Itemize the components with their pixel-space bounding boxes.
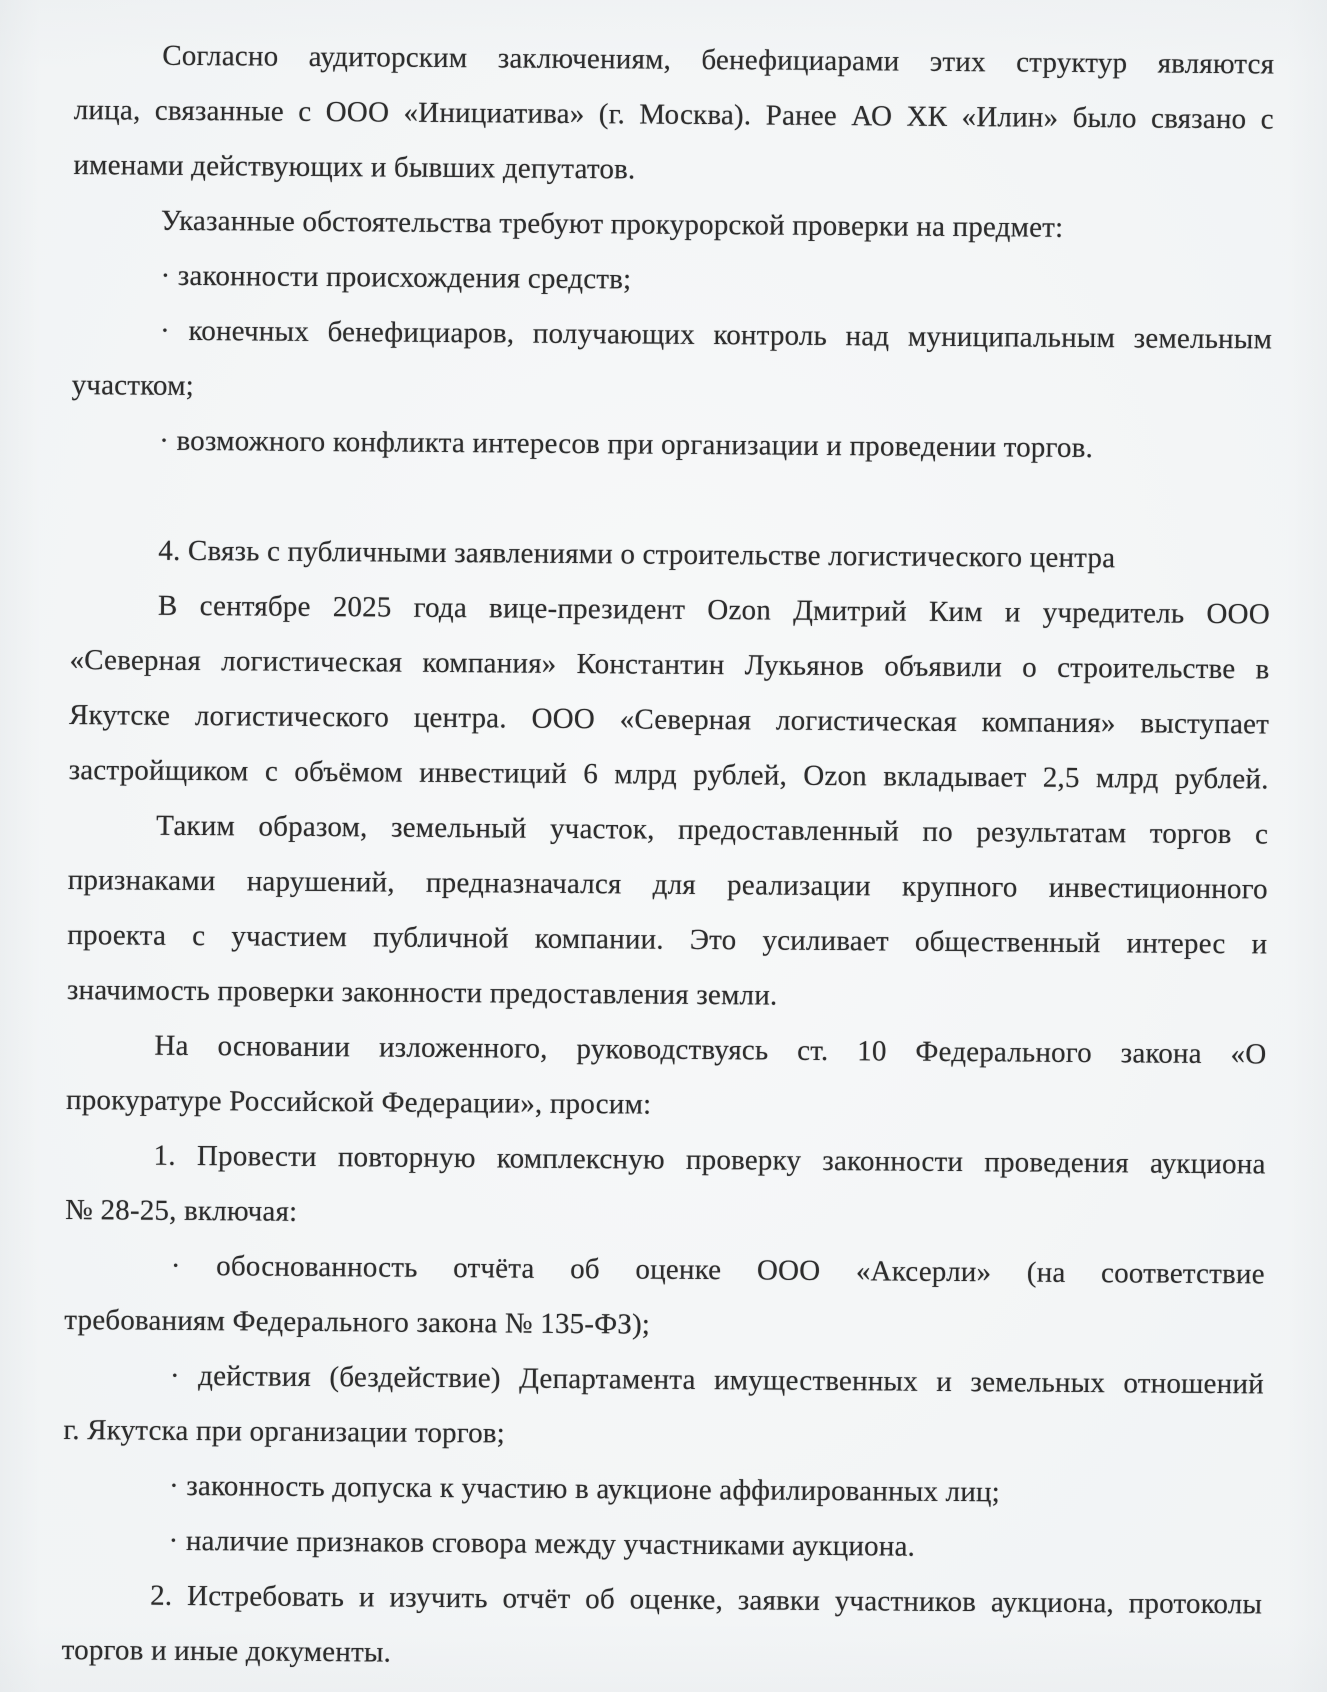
- doc-bullet-line: · действия (бездействие) Департамента им…: [64, 1348, 1264, 1412]
- doc-bullet-line: · наличие признаков сговора между участн…: [62, 1513, 1262, 1577]
- doc-line: На основании изложенного, руководствуясь…: [66, 1018, 1266, 1082]
- doc-bullet-line: · обоснованность отчёта об оценке ООО «А…: [65, 1238, 1265, 1302]
- doc-line: Якутске логистического центра. ООО «Севе…: [69, 688, 1269, 752]
- doc-line: лица, связанные с ООО «Инициатива» (г. М…: [74, 83, 1274, 147]
- doc-line: именами действующих и бывших депутатов.: [73, 138, 1273, 202]
- doc-bullet-line: · законности происхождения средств;: [72, 248, 1272, 312]
- doc-line: признаками нарушений, предназначался для…: [68, 853, 1268, 917]
- doc-line: прокуратуре Российской Федерации», проси…: [66, 1073, 1266, 1137]
- doc-numbered-item-line: 1. Провести повторную комплексную провер…: [65, 1128, 1265, 1192]
- doc-line: торгов и иные документы.: [62, 1623, 1262, 1687]
- scanned-document-page: { "doc": { "paper_color": "#f3f5f6", "in…: [0, 0, 1327, 1692]
- section-heading-line: 4. Связь с публичными заявлениями о стро…: [70, 523, 1270, 587]
- doc-line: В сентябре 2025 года вице-президент Ozon…: [70, 578, 1270, 642]
- doc-bullet-line: · возможного конфликта интересов при орг…: [71, 413, 1271, 477]
- doc-line: участком;: [71, 358, 1271, 422]
- doc-line: Указанные обстоятельства требуют прокуро…: [73, 193, 1273, 257]
- document-text-block: Согласно аудиторским заключениям, бенефи…: [62, 28, 1275, 1687]
- doc-line: Согласно аудиторским заключениям, бенефи…: [74, 28, 1274, 92]
- doc-line: Таким образом, земельный участок, предос…: [68, 798, 1268, 862]
- doc-line: требованиям Федерального закона № 135-ФЗ…: [64, 1293, 1264, 1357]
- doc-line: «Северная логистическая компания» Конста…: [69, 633, 1269, 697]
- doc-line: проекта с участием публичной компании. Э…: [67, 908, 1267, 972]
- doc-line: № 28-25, включая:: [65, 1183, 1265, 1247]
- doc-line: застройщиком с объёмом инвестиций 6 млрд…: [68, 743, 1268, 807]
- doc-numbered-item-line: 2. Истребовать и изучить отчёт об оценке…: [62, 1568, 1262, 1632]
- doc-bullet-line: · законность допуска к участию в аукцион…: [63, 1458, 1263, 1522]
- doc-bullet-line: · конечных бенефициаров, получающих конт…: [72, 303, 1272, 367]
- doc-line: значимость проверки законности предостав…: [67, 963, 1267, 1027]
- doc-line: г. Якутска при организации торгов;: [63, 1403, 1263, 1467]
